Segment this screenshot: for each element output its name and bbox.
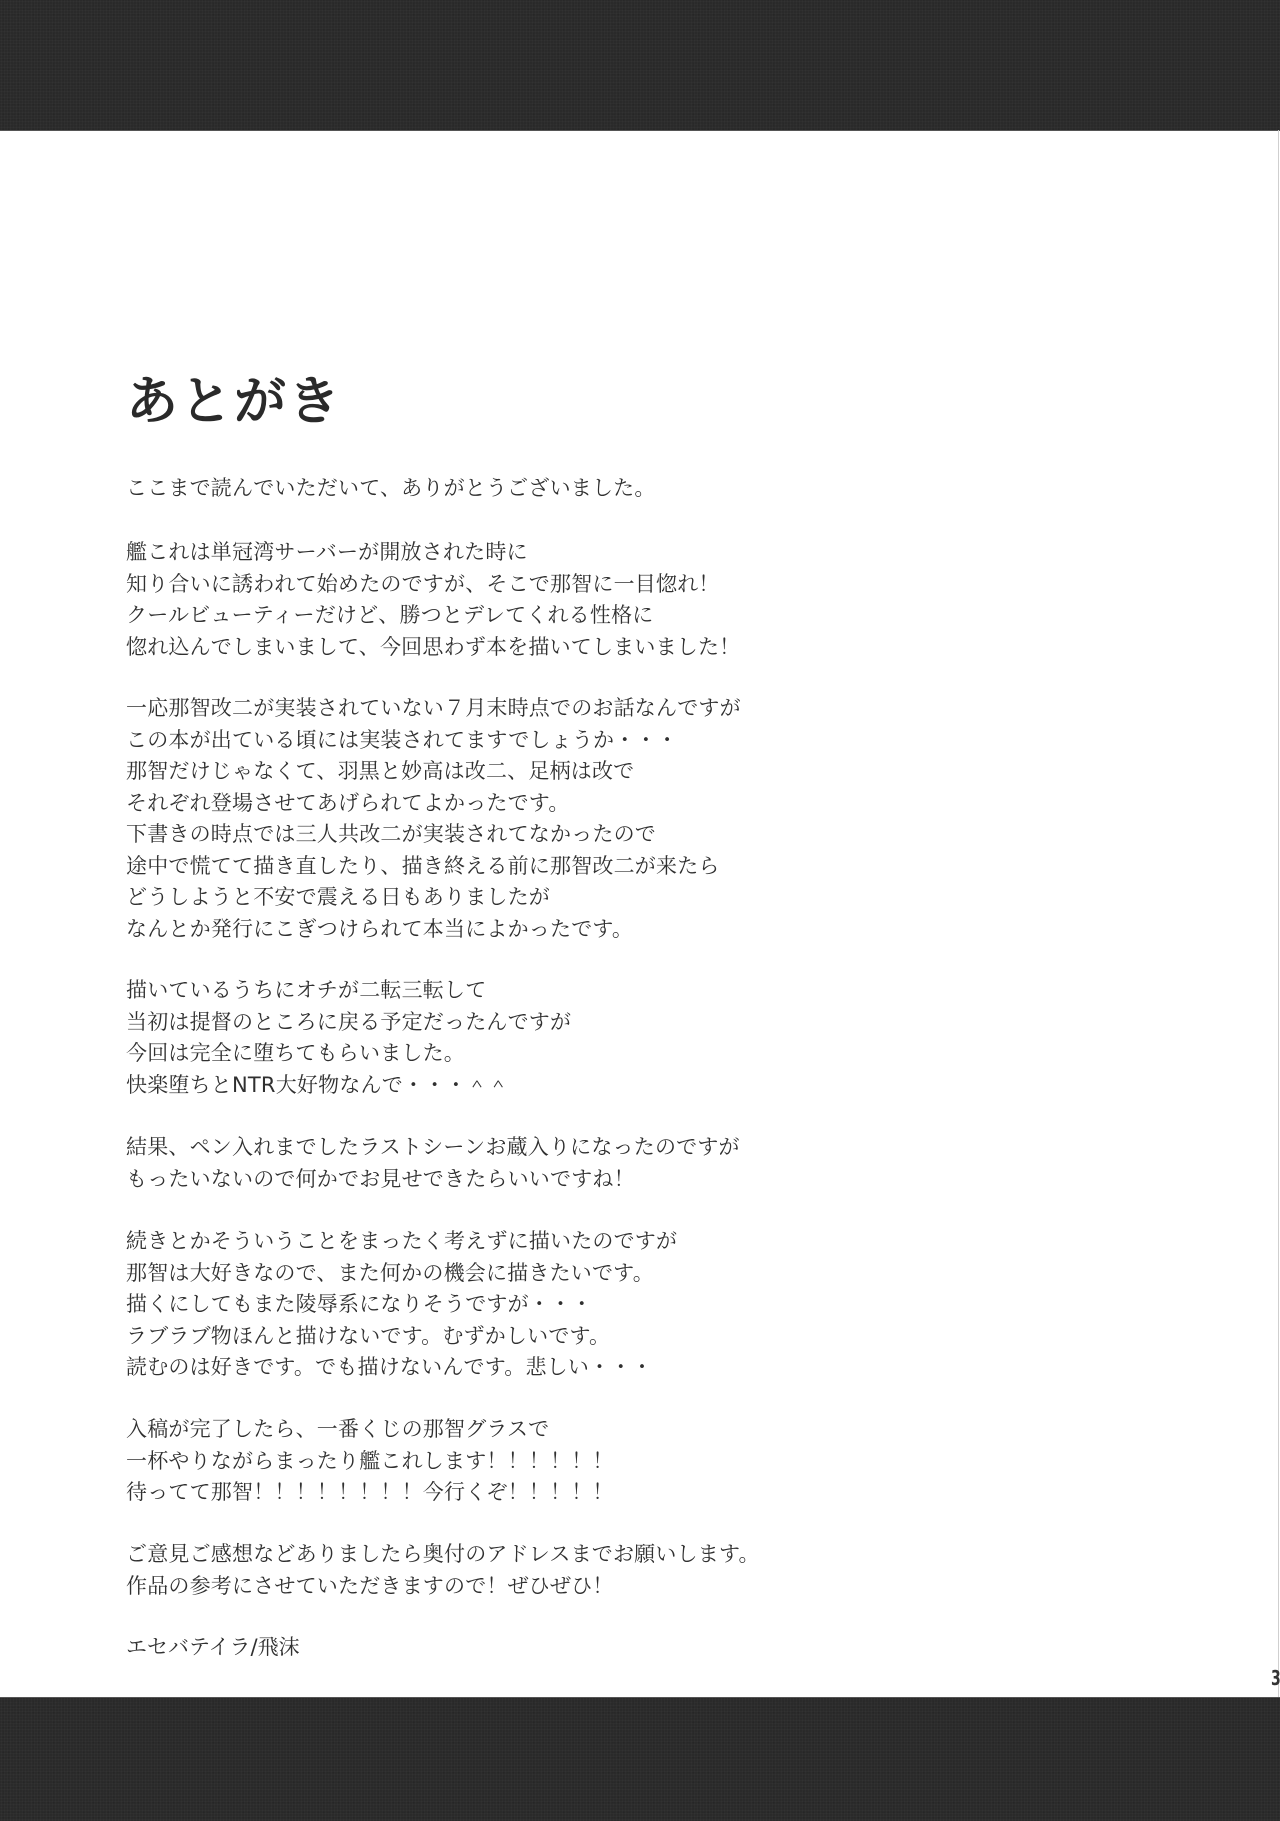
text-line: 結果、ペン入れまでしたラストシーンお蔵入りになったのですが bbox=[126, 1132, 740, 1164]
text-line: それぞれ登場させてあげられてよかったです。 bbox=[126, 788, 741, 820]
text-line: 続きとかそういうことをまったく考えずに描いたのですが bbox=[126, 1226, 677, 1258]
text-line: ご意見ご感想などありましたら奥付のアドレスまでお願いします。 bbox=[126, 1539, 760, 1571]
text-line: この本が出ている頃には実装されてますでしょうか・・・ bbox=[126, 725, 741, 757]
text-line: 描くにしてもまた陵辱系になりそうですが・・・ bbox=[126, 1289, 677, 1321]
text-line: 知り合いに誘われて始めたのですが、そこで那智に一目惚れ！ bbox=[126, 569, 740, 601]
text-line: 途中で慌てて描き直したり、描き終える前に那智改二が来たら bbox=[126, 851, 741, 883]
text-line: 艦これは単冠湾サーバーが開放された時に bbox=[126, 537, 740, 569]
text-line: ラブラブ物ほんと描けないです。むずかしいです。 bbox=[126, 1321, 677, 1353]
paragraph-intro: 艦これは単冠湾サーバーが開放された時に 知り合いに誘われて始めたのですが、そこで… bbox=[126, 537, 740, 663]
text-line: 描いているうちにオチが二転三転して bbox=[126, 975, 571, 1007]
paragraph-celebration: 入稿が完了したら、一番くじの那智グラスで 一杯やりながらまったり艦これします！！… bbox=[126, 1414, 614, 1509]
text-line: 一杯やりながらまったり艦これします！！！！！！ bbox=[126, 1446, 614, 1478]
text-line: 作品の参考にさせていただきますので！ぜひぜひ！ bbox=[126, 1571, 760, 1603]
text-line: 当初は提督のところに戻る予定だったんですが bbox=[126, 1007, 571, 1039]
text-line: 入稿が完了したら、一番くじの那智グラスで bbox=[126, 1414, 614, 1446]
text-line: 今回は完全に堕ちてもらいました。 bbox=[126, 1038, 571, 1070]
text-line: 惚れ込んでしまいまして、今回思わず本を描いてしまいました！ bbox=[126, 632, 740, 664]
paragraph-timeline: 一応那智改二が実装されていない７月末時点でのお話なんですが この本が出ている頃に… bbox=[126, 693, 741, 945]
text-line: 一応那智改二が実装されていない７月末時点でのお話なんですが bbox=[126, 693, 741, 725]
paragraph-thanks: ここまで読んでいただいて、ありがとうございました。 bbox=[126, 473, 656, 505]
paragraph-feedback: ご意見ご感想などありましたら奥付のアドレスまでお願いします。 作品の参考にさせて… bbox=[126, 1539, 760, 1602]
text-line: ここまで読んでいただいて、ありがとうございました。 bbox=[126, 473, 656, 505]
text-line: どうしようと不安で震える日もありましたが bbox=[126, 882, 741, 914]
paragraph-ending: 描いているうちにオチが二転三転して 当初は提督のところに戻る予定だったんですが … bbox=[126, 975, 571, 1101]
text-line: 那智は大好きなので、また何かの機会に描きたいです。 bbox=[126, 1258, 677, 1290]
page-edge-line bbox=[1278, 130, 1279, 1697]
text-line: もったいないので何かでお見せできたらいいですね！ bbox=[126, 1164, 740, 1196]
text-line: 下書きの時点では三人共改二が実装されてなかったので bbox=[126, 819, 741, 851]
top-dark-band bbox=[0, 0, 1280, 131]
page-number: 31 bbox=[1271, 1666, 1280, 1690]
text-line: 待ってて那智！！！！！！！！今行くぞ！！！！！ bbox=[126, 1477, 614, 1509]
text-line: 読むのは好きです。でも描けないんです。悲しい・・・ bbox=[126, 1352, 677, 1384]
paragraph-future: 続きとかそういうことをまったく考えずに描いたのですが 那智は大好きなので、また何… bbox=[126, 1226, 677, 1384]
text-line: なんとか発行にこぎつけられて本当によかったです。 bbox=[126, 914, 741, 946]
paragraph-last-scene: 結果、ペン入れまでしたラストシーンお蔵入りになったのですが もったいないので何か… bbox=[126, 1132, 740, 1195]
text-line: クールビューティーだけど、勝つとデレてくれる性格に bbox=[126, 600, 740, 632]
author-signature: エセバテイラ/飛沫 bbox=[126, 1632, 300, 1664]
text-line: 快楽堕ちとNTR大好物なんで・・・＾＾ bbox=[126, 1070, 571, 1102]
page-title: あとがき bbox=[126, 372, 342, 432]
text-line: 那智だけじゃなくて、羽黒と妙高は改二、足柄は改で bbox=[126, 756, 741, 788]
bottom-dark-band bbox=[0, 1697, 1280, 1821]
